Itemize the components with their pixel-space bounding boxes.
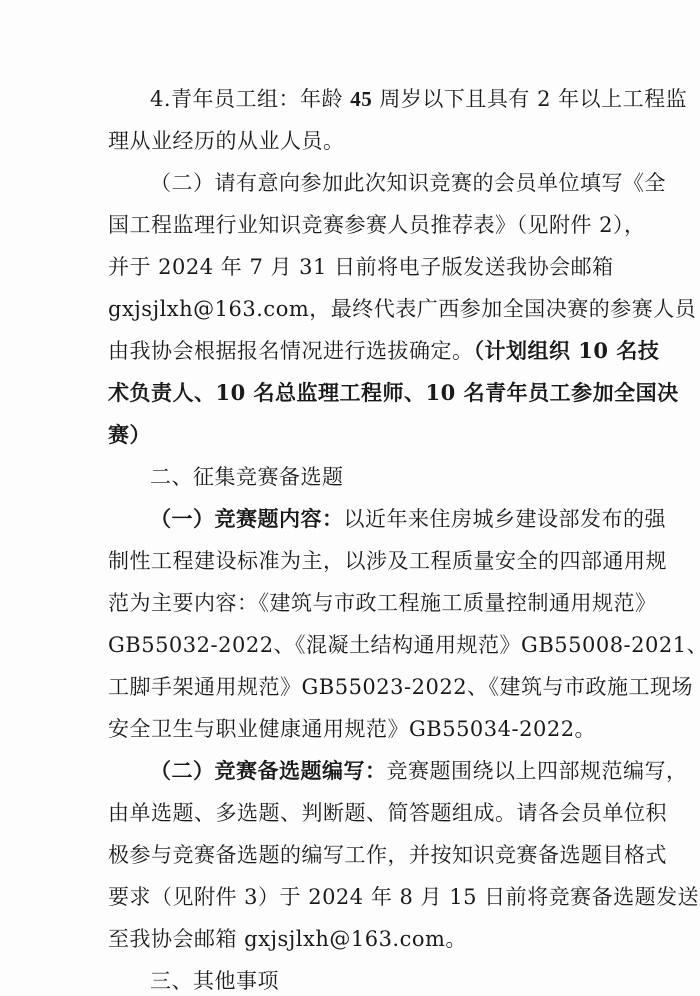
text-segment: 以近年来住房城乡建设部发布的强 xyxy=(344,507,667,531)
text-segment: 4.青年员工组：年龄 xyxy=(150,87,350,111)
age-limit: 45 xyxy=(350,87,372,111)
paragraph-youth-group: 4.青年员工组：年龄 45 周岁以下且具有 2 年以上工程监 理从业经历的从业人… xyxy=(108,78,600,162)
text-line: 范为主要内容：《建筑与市政工程施工质量控制通用规范》 xyxy=(108,582,600,624)
text-segment: 周岁以下且具有 2 年以上工程监 xyxy=(372,87,687,111)
text-segment: 由我协会根据报名情况进行选拔确定。 xyxy=(108,339,474,363)
text-line: 4.青年员工组：年龄 45 周岁以下且具有 2 年以上工程监 xyxy=(108,78,600,120)
standard-line: GB55032-2022、《混凝土结构通用规范》GB55008-2021、《施 xyxy=(108,624,600,666)
document-page: 4.青年员工组：年龄 45 周岁以下且具有 2 年以上工程监 理从业经历的从业人… xyxy=(0,0,700,996)
paragraph-question-content: （一）竞赛题内容：以近年来住房城乡建设部发布的强 制性工程建设标准为主，以涉及工… xyxy=(108,498,600,750)
standard-line: 安全卫生与职业健康通用规范》GB55034-2022。 xyxy=(108,708,600,750)
text-line: 理从业经历的从业人员。 xyxy=(108,120,600,162)
paragraph-question-writing: （二）竞赛备选题编写：竞赛题围绕以上四部规范编写， 由单选题、多选题、判断题、简… xyxy=(108,750,600,960)
subheading: （二）竞赛备选题编写： xyxy=(150,758,387,783)
text-line: 要求（见附件 3）于 2024 年 8 月 15 日前将竞赛备选题发送 xyxy=(108,876,600,918)
text-line: （二）请有意向参加此次知识竞赛的会员单位填写《全 xyxy=(108,162,600,204)
plan-note-line: 术负责人、10 名总监理工程师、10 名青年员工参加全国决 xyxy=(108,372,600,414)
text-line: 国工程监理行业知识竞赛参赛人员推荐表》（见附件 2）， xyxy=(108,204,600,246)
text-line: （二）竞赛备选题编写：竞赛题围绕以上四部规范编写， xyxy=(108,750,600,792)
section-heading-2: 二、征集竞赛备选题 xyxy=(108,456,600,498)
text-line: 由单选题、多选题、判断题、简答题组成。请各会员单位积 xyxy=(108,792,600,834)
text-line: 由我协会根据报名情况进行选拔确定。（计划组织 10 名技 xyxy=(108,330,600,372)
plan-note: （计划组织 10 名技 xyxy=(474,338,660,363)
subheading: （一）竞赛题内容： xyxy=(150,506,344,531)
paragraph-registration: （二）请有意向参加此次知识竞赛的会员单位填写《全 国工程监理行业知识竞赛参赛人员… xyxy=(108,162,600,456)
text-line: 制性工程建设标准为主，以涉及工程质量安全的四部通用规 xyxy=(108,540,600,582)
email-line: 至我协会邮箱 gxjsjlxh@163.com。 xyxy=(108,918,600,960)
standard-line: 工脚手架通用规范》GB55023-2022、《建筑与市政施工现场 xyxy=(108,666,600,708)
text-segment: 竞赛题围绕以上四部规范编写， xyxy=(387,759,688,783)
email-line: gxjsjlxh@163.com，最终代表广西参加全国决赛的参赛人员 xyxy=(108,288,600,330)
plan-note-line: 赛） xyxy=(108,414,600,456)
section-heading-3: 三、其他事项 xyxy=(108,960,600,996)
text-line: 极参与竞赛备选题的编写工作，并按知识竞赛备选题目格式 xyxy=(108,834,600,876)
document-body: 4.青年员工组：年龄 45 周岁以下且具有 2 年以上工程监 理从业经历的从业人… xyxy=(108,78,600,996)
text-line: （一）竞赛题内容：以近年来住房城乡建设部发布的强 xyxy=(108,498,600,540)
text-line: 并于 2024 年 7 月 31 日前将电子版发送我协会邮箱 xyxy=(108,246,600,288)
